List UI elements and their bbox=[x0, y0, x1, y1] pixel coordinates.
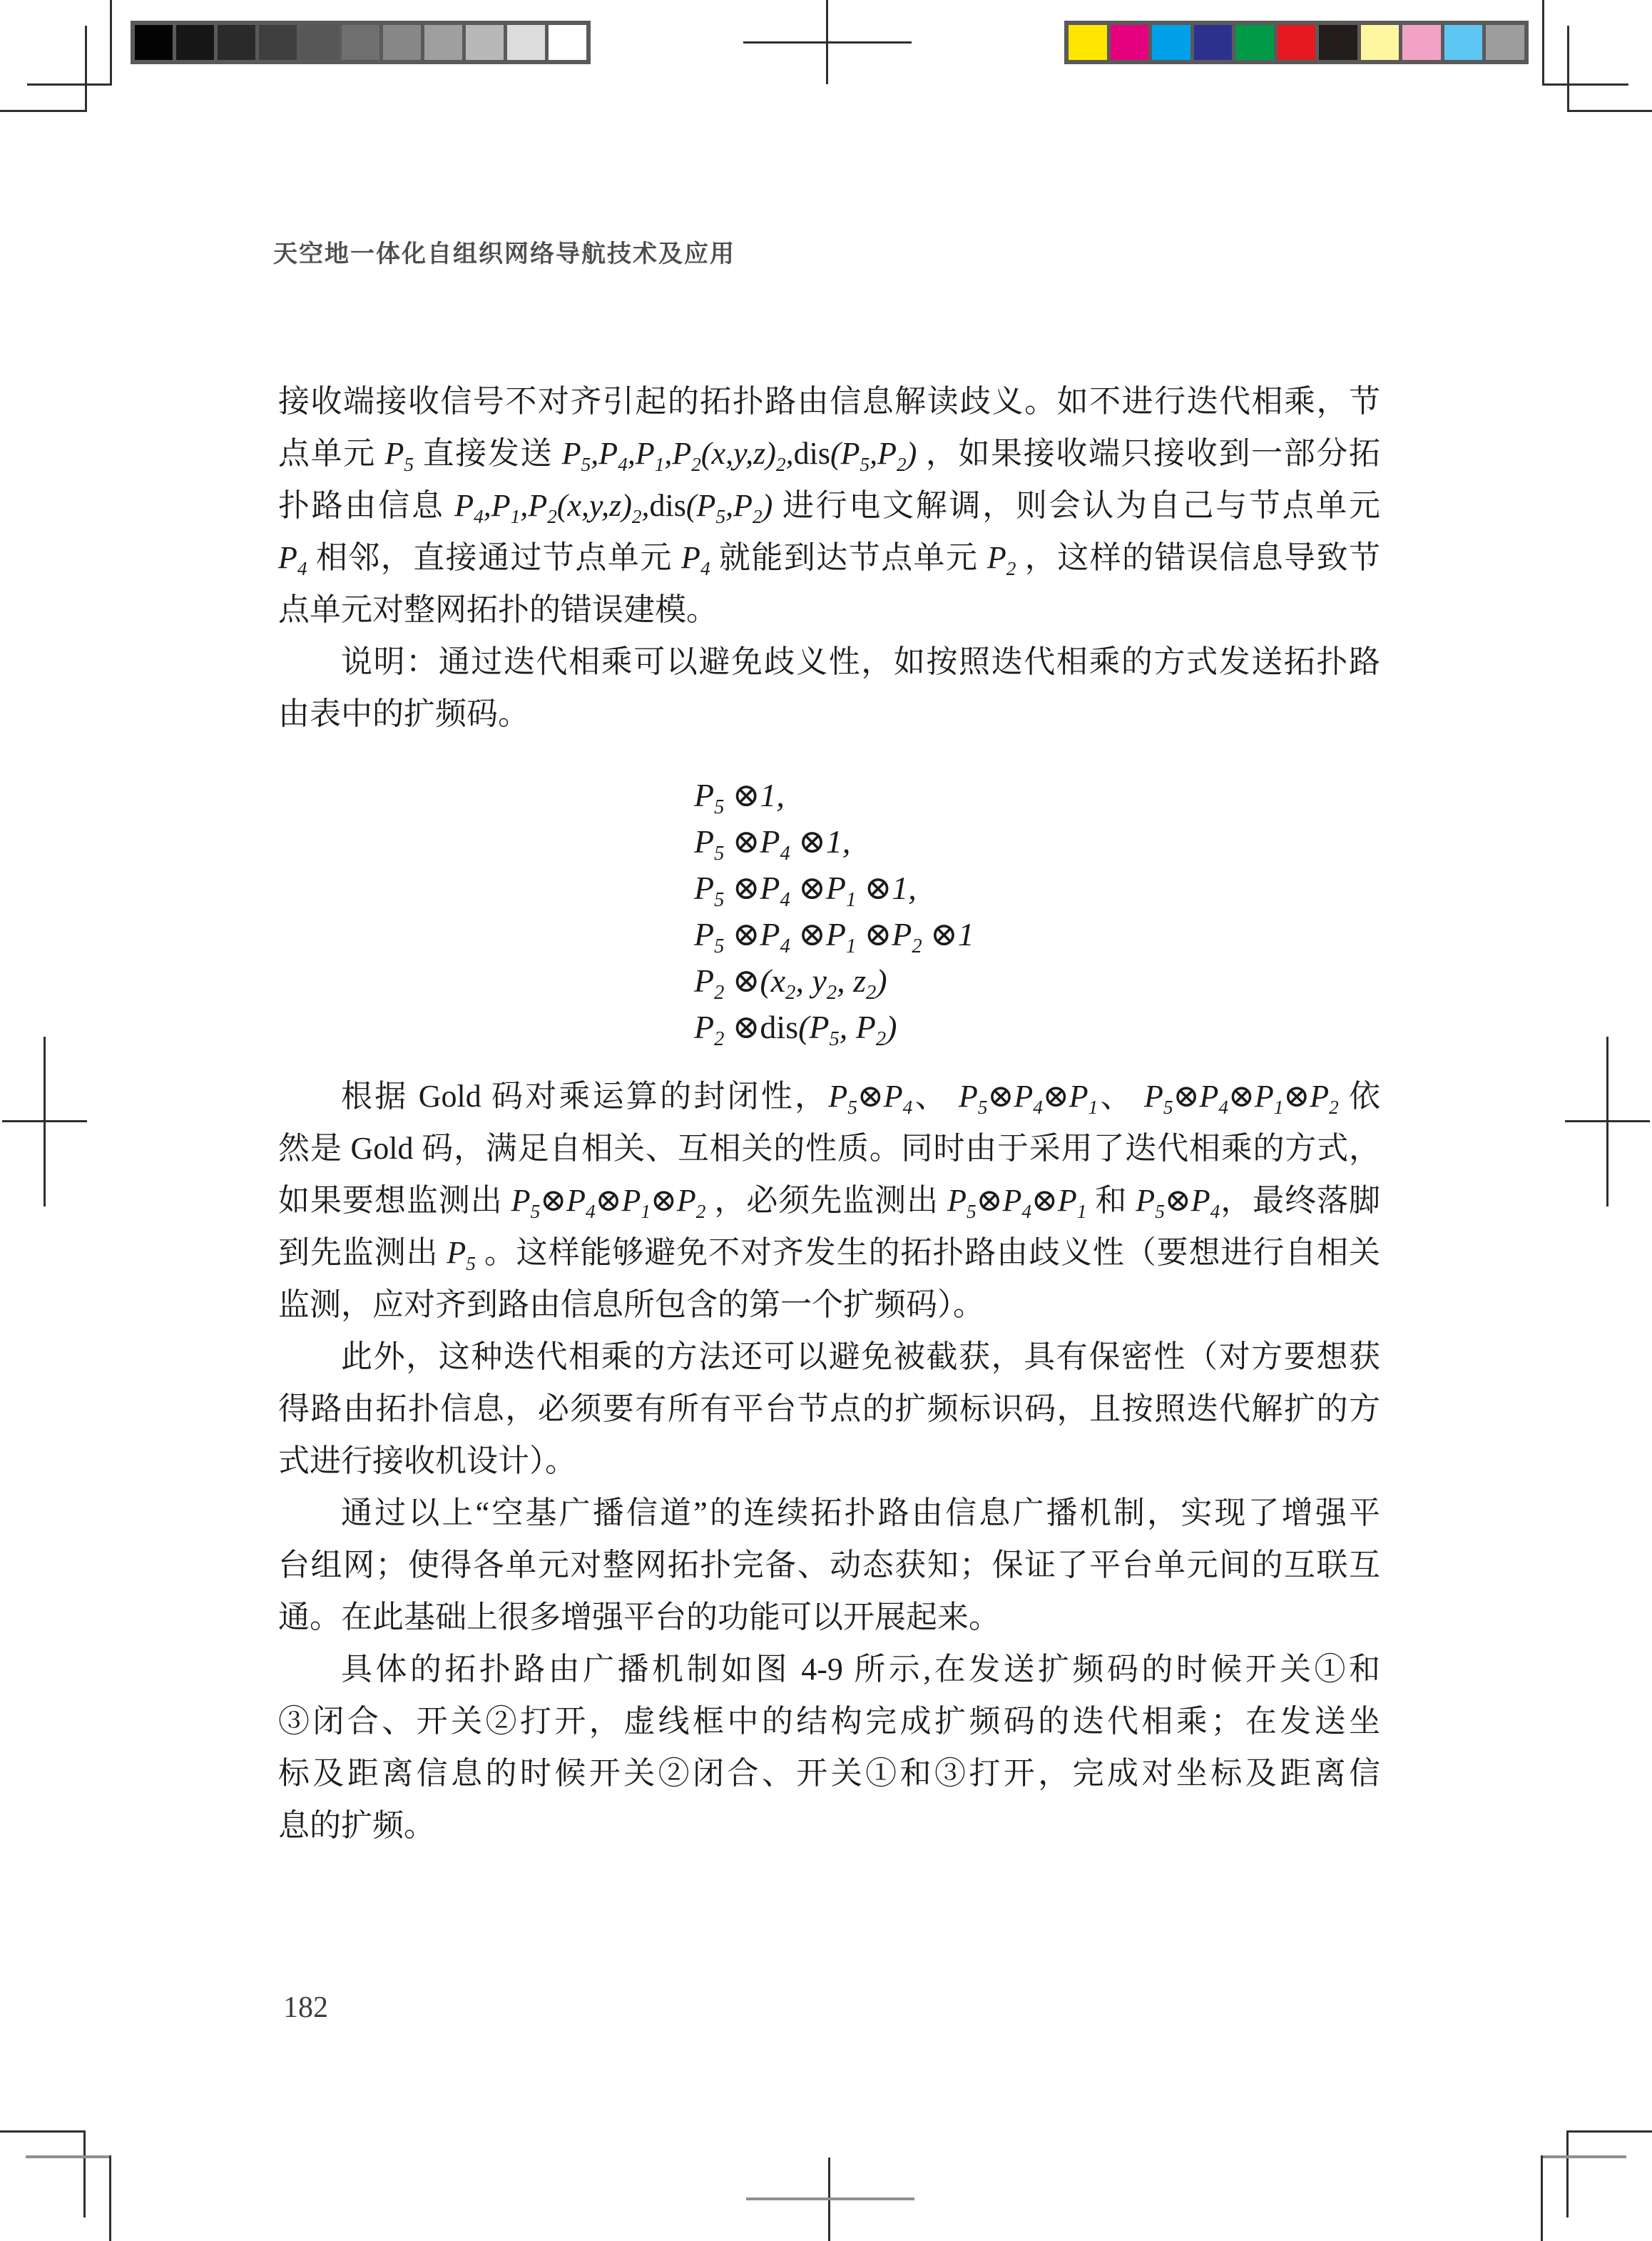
grayscale-swatch bbox=[135, 25, 173, 60]
color-swatch bbox=[1235, 25, 1274, 60]
math-inline: P4 bbox=[681, 540, 710, 575]
grayscale-swatch bbox=[259, 25, 297, 60]
grayscale-calibration-bar bbox=[131, 21, 591, 64]
text-line: 说明：通过迭代相乘可以避免歧义性，如按照迭代相乘的方式发送拓扑路 bbox=[278, 636, 1380, 688]
grayscale-swatch bbox=[218, 25, 255, 60]
text-line: 到先监测出 P5 。这样能够避免不对齐发生的拓扑路由歧义性（要想进行自相关 bbox=[278, 1226, 1380, 1279]
grayscale-swatch bbox=[466, 25, 504, 60]
color-swatch bbox=[1278, 25, 1316, 60]
grayscale-swatch bbox=[507, 25, 545, 60]
formula-line: P5 ⊗P4 ⊗P1 ⊗1, bbox=[694, 865, 1380, 911]
math-inline: P5⊗P4⊗P1 bbox=[959, 1079, 1098, 1114]
math-inline: P5 bbox=[385, 436, 414, 471]
page-body-text: 接收端接收信号不对齐引起的拓扑路由信息解读歧义。如不进行迭代相乘，节点单元 P5… bbox=[278, 375, 1380, 1851]
text-line: 通。在此基础上很多增强平台的功能可以开展起来。 bbox=[278, 1591, 1380, 1643]
text-line: 得路由拓扑信息，必须要有所有平台节点的扩频标识码，且按照迭代解扩的方 bbox=[278, 1383, 1380, 1435]
book-page: 天空地一体化自组织网络导航技术及应用 接收端接收信号不对齐引起的拓扑路由信息解读… bbox=[0, 0, 1652, 2241]
text-line: 具体的拓扑路由广播机制如图 4-9 所示,在发送扩频码的时候开关①和 bbox=[278, 1643, 1380, 1695]
grayscale-swatch bbox=[342, 25, 379, 60]
color-swatch bbox=[1194, 25, 1233, 60]
math-inline: P5⊗P4⊗P1 bbox=[947, 1183, 1086, 1218]
color-swatch bbox=[1111, 25, 1149, 60]
text-line: 由表中的扩频码。 bbox=[278, 688, 1380, 740]
text-line: 通过以上“空基广播信道”的连续拓扑路由信息广播机制，实现了增强平 bbox=[278, 1487, 1380, 1539]
text-line: 点单元对整网拓扑的错误建模。 bbox=[278, 584, 1380, 636]
paragraph: 根据 Gold 码对乘运算的封闭性，P5⊗P4、 P5⊗P4⊗P1、 P5⊗P4… bbox=[278, 1070, 1380, 1331]
running-header: 天空地一体化自组织网络导航技术及应用 bbox=[273, 234, 735, 269]
math-inline: P5⊗P4 bbox=[828, 1079, 912, 1114]
text-line: ③闭合、开关②打开，虚线框中的结构完成扩频码的迭代相乘；在发送坐 bbox=[278, 1695, 1380, 1747]
formula-line: P5 ⊗P4 ⊗P1 ⊗P2 ⊗1 bbox=[694, 911, 1380, 957]
text-line: P4 相邻，直接通过节点单元 P4 就能到达节点单元 P2 ，这样的错误信息导致… bbox=[278, 532, 1380, 584]
paragraph: 此外，这种迭代相乘的方法还可以避免被截获，具有保密性（对方要想获得路由拓扑信息，… bbox=[278, 1331, 1380, 1487]
color-swatch bbox=[1319, 25, 1357, 60]
text-line: 监测，应对齐到路由信息所包含的第一个扩频码）。 bbox=[278, 1279, 1380, 1331]
color-swatch bbox=[1402, 25, 1441, 60]
text-line: 此外，这种迭代相乘的方法还可以避免被截获，具有保密性（对方要想获 bbox=[278, 1331, 1380, 1383]
paragraph: 具体的拓扑路由广播机制如图 4-9 所示,在发送扩频码的时候开关①和③闭合、开关… bbox=[278, 1643, 1380, 1851]
text-line: 接收端接收信号不对齐引起的拓扑路由信息解读歧义。如不进行迭代相乘，节 bbox=[278, 375, 1380, 427]
math-inline: P5⊗P4⊗P1⊗P2 bbox=[511, 1183, 706, 1218]
text-line: 息的扩频。 bbox=[278, 1799, 1380, 1851]
math-inline: P5 bbox=[447, 1235, 476, 1270]
text-line: 台组网；使得各单元对整网拓扑完备、动态获知；保证了平台单元间的互联互 bbox=[278, 1539, 1380, 1591]
math-inline: P2 bbox=[987, 540, 1016, 575]
formula-line: P2 ⊗(x2, y2, z2) bbox=[694, 957, 1380, 1004]
grayscale-swatch bbox=[549, 25, 586, 60]
math-inline: P4,P1,P2(x,y,z)2,dis(P5,P2) bbox=[454, 488, 773, 523]
text-line: 标及距离信息的时候开关②闭合、开关①和③打开，完成对坐标及距离信 bbox=[278, 1747, 1380, 1799]
math-inline: P5⊗P4⊗P1⊗P2 bbox=[1144, 1079, 1339, 1114]
text-line: 扑路由信息 P4,P1,P2(x,y,z)2,dis(P5,P2) 进行电文解调… bbox=[278, 479, 1380, 532]
paragraph: 通过以上“空基广播信道”的连续拓扑路由信息广播机制，实现了增强平台组网；使得各单… bbox=[278, 1487, 1380, 1643]
formula-line: P5 ⊗1, bbox=[694, 772, 1380, 818]
grayscale-swatch bbox=[424, 25, 462, 60]
paragraph: 说明：通过迭代相乘可以避免歧义性，如按照迭代相乘的方式发送拓扑路由表中的扩频码。 bbox=[278, 636, 1380, 740]
formula-line: P5 ⊗P4 ⊗1, bbox=[694, 818, 1380, 865]
math-inline: P4 bbox=[278, 540, 307, 575]
formula-line: P2 ⊗dis(P5, P2) bbox=[694, 1004, 1380, 1050]
color-swatch bbox=[1444, 25, 1483, 60]
color-swatch bbox=[1361, 25, 1399, 60]
grayscale-swatch bbox=[300, 25, 338, 60]
text-line: 式进行接收机设计）。 bbox=[278, 1435, 1380, 1487]
paragraph: 接收端接收信号不对齐引起的拓扑路由信息解读歧义。如不进行迭代相乘，节点单元 P5… bbox=[278, 375, 1380, 636]
grayscale-swatch bbox=[176, 25, 214, 60]
text-line: 如果要想监测出 P5⊗P4⊗P1⊗P2 ，必须先监测出 P5⊗P4⊗P1 和 P… bbox=[278, 1174, 1380, 1226]
math-inline: P5⊗P4 bbox=[1136, 1183, 1220, 1218]
color-calibration-bar bbox=[1064, 21, 1529, 64]
text-line: 然是 Gold 码，满足自相关、互相关的性质。同时由于采用了迭代相乘的方式， bbox=[278, 1122, 1380, 1174]
formula-block: P5 ⊗1,P5 ⊗P4 ⊗1,P5 ⊗P4 ⊗P1 ⊗1,P5 ⊗P4 ⊗P1… bbox=[694, 772, 1380, 1050]
math-inline: P5,P4,P1,P2(x,y,z)2,dis(P5,P2) bbox=[562, 436, 917, 471]
page-number: 182 bbox=[283, 1991, 328, 2025]
color-swatch bbox=[1069, 25, 1107, 60]
text-line: 点单元 P5 直接发送 P5,P4,P1,P2(x,y,z)2,dis(P5,P… bbox=[278, 427, 1380, 479]
grayscale-swatch bbox=[383, 25, 421, 60]
text-line: 根据 Gold 码对乘运算的封闭性，P5⊗P4、 P5⊗P4⊗P1、 P5⊗P4… bbox=[278, 1070, 1380, 1122]
color-swatch bbox=[1152, 25, 1190, 60]
color-swatch bbox=[1486, 25, 1524, 60]
